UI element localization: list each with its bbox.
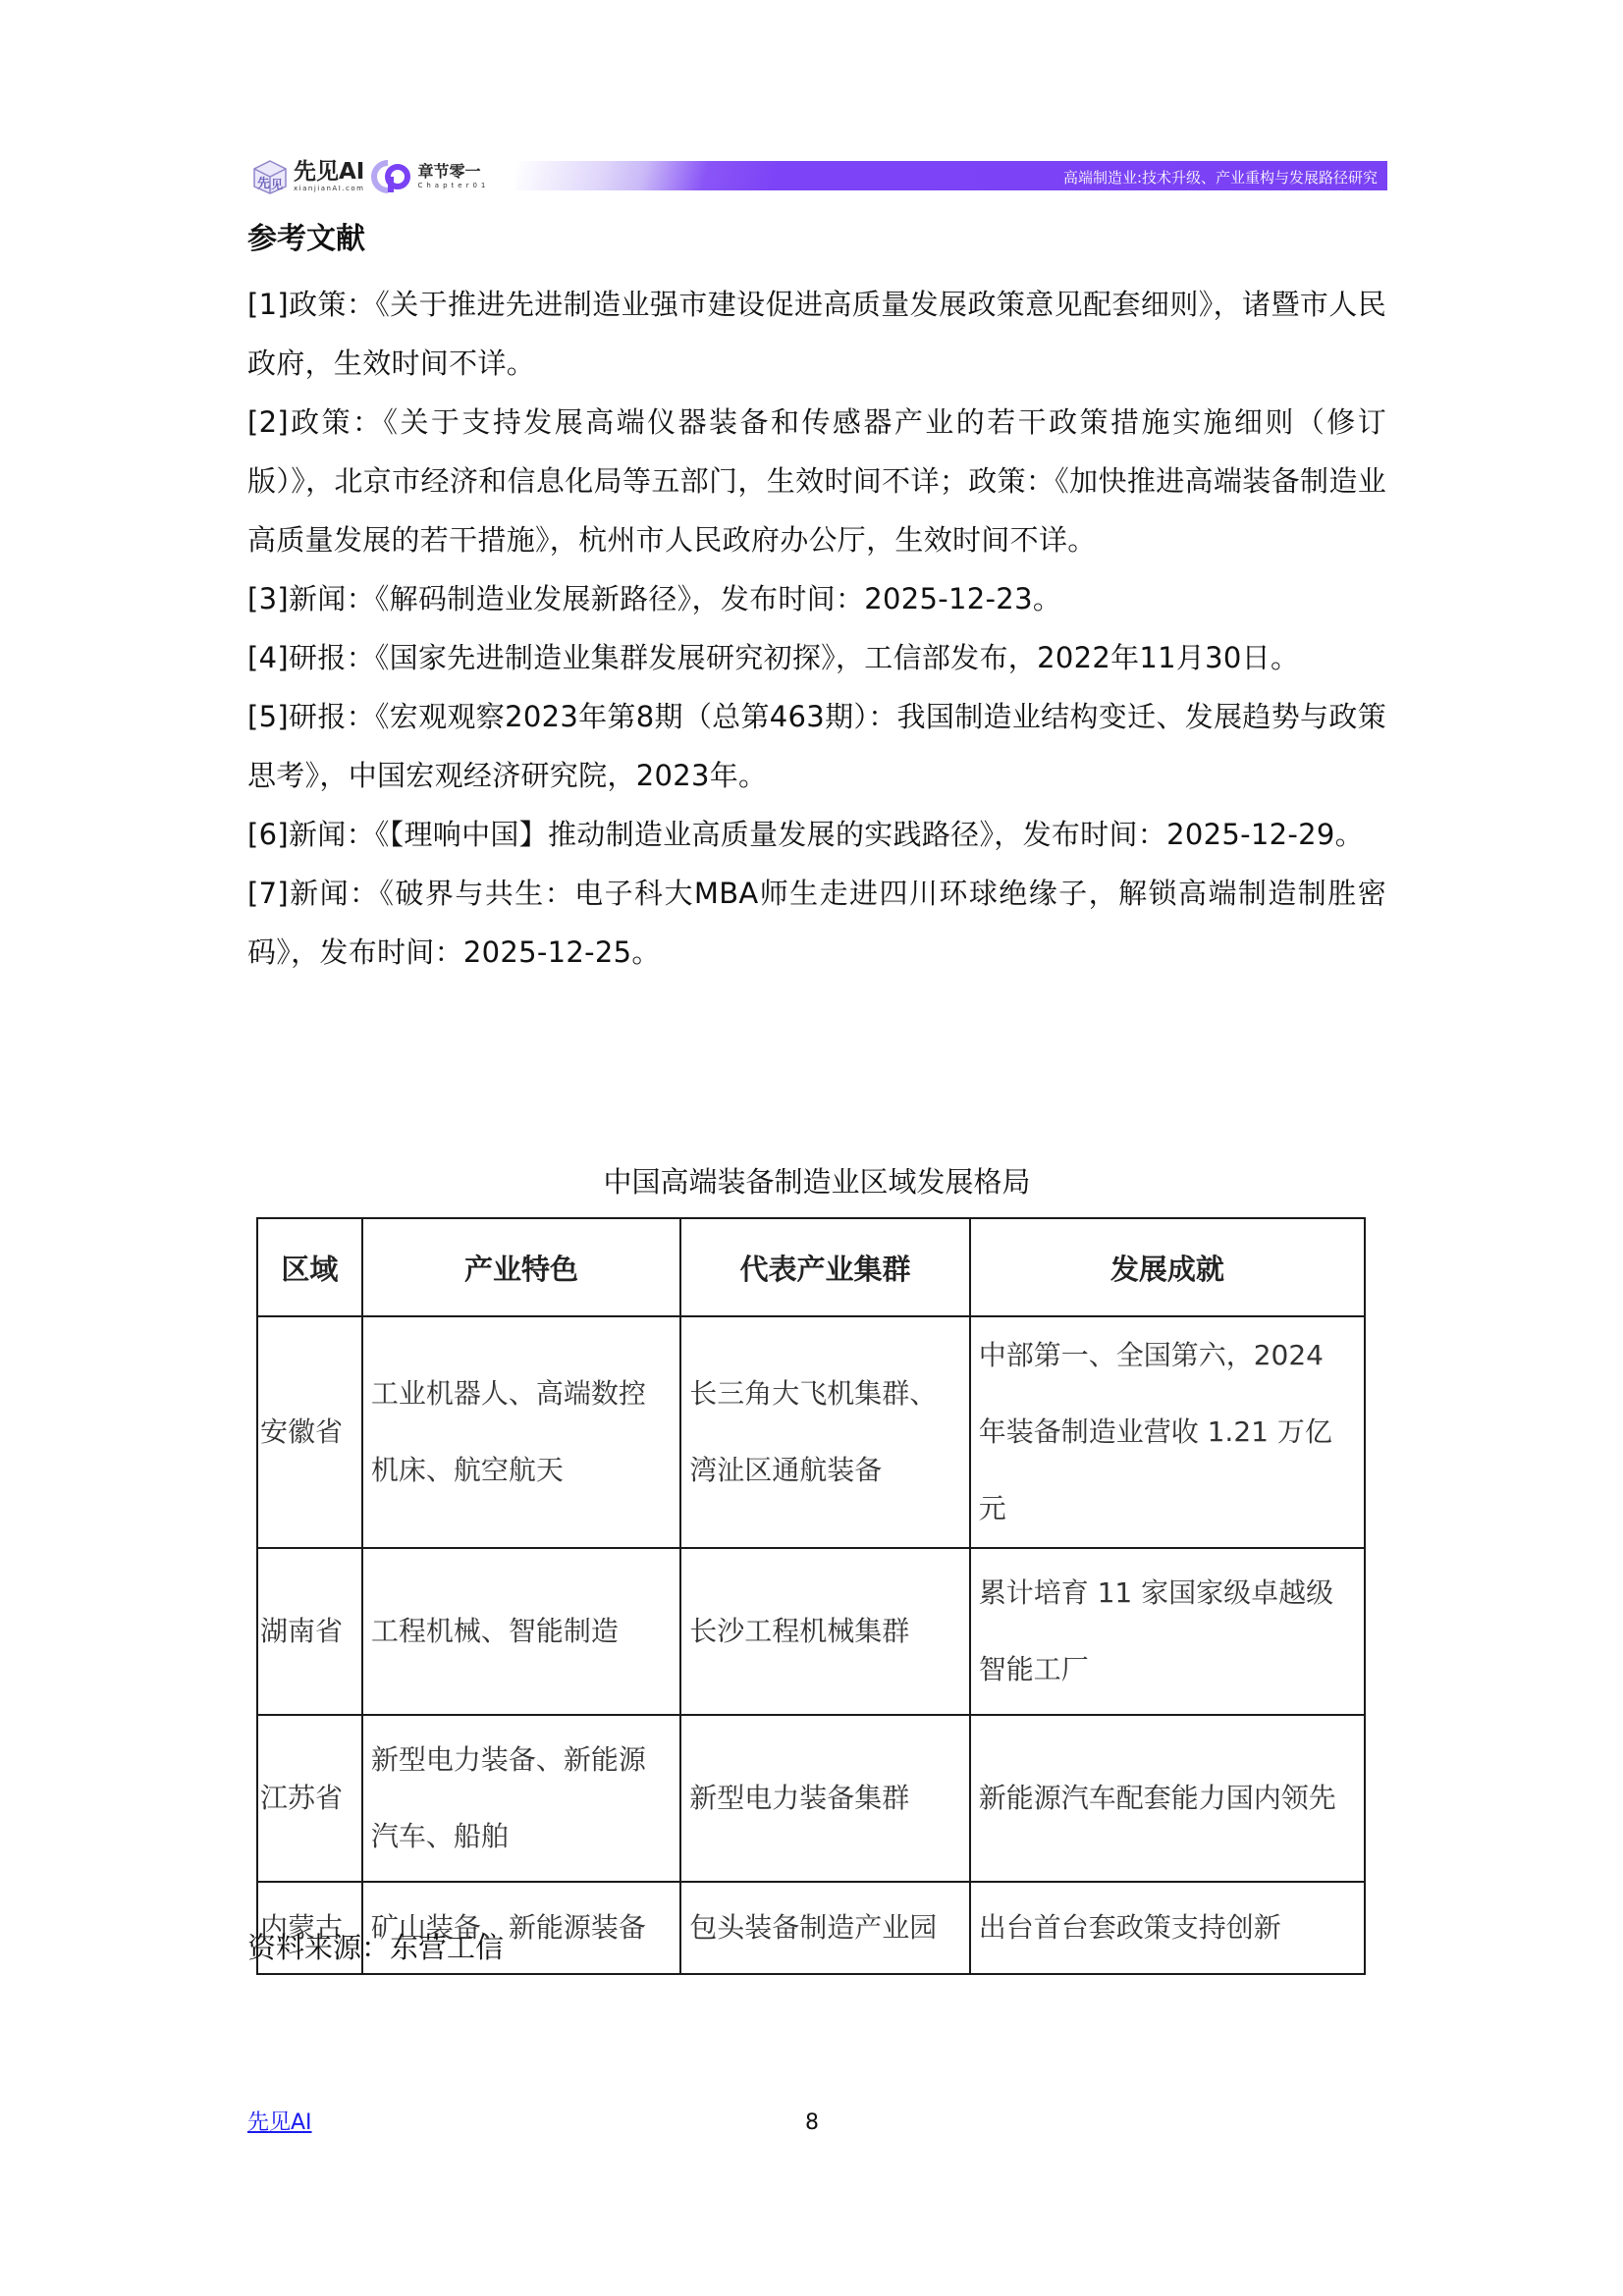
chapter-logo-icon [370,159,413,194]
chapter-block: 章节零一 Chapter01 [417,164,489,189]
svg-text:见: 见 [271,177,283,191]
brand-domain: xianjianAI.com [294,186,364,192]
page-number: 8 [805,2109,819,2138]
features-cell: 新型电力装备、新能源汽车、船舶 [362,1715,680,1882]
region-cell: 湖南省 [257,1548,362,1715]
logo: 先 见 先见AI xianjianAI.com 章节零一 Chapter01 [250,157,489,196]
references-section: 参考文献 [1]政策：《关于推进先进制造业强市建设促进高质量发展政策意见配套细则… [247,218,1386,982]
features-cell: 工业机器人、高端数控机床、航空航天 [362,1316,680,1548]
region-table: 区域 产业特色 代表产业集群 发展成就 安徽省 工业机器人、高端数控机床、航空航… [256,1217,1366,1975]
chapter-title: 章节零一 [417,164,489,180]
clusters-cell: 包头装备制造产业园 [680,1882,969,1974]
achievements-cell: 中部第一、全国第六，2024 年装备制造业营收 1.21 万亿元 [970,1316,1365,1548]
reference-item: [1]政策：《关于推进先进制造业强市建设促进高质量发展政策意见配套细则》，诸暨市… [247,275,1386,393]
region-cell: 江苏省 [257,1715,362,1882]
achievements-cell: 新能源汽车配套能力国内领先 [970,1715,1365,1882]
clusters-cell: 新型电力装备集群 [680,1715,969,1882]
page-header: 先 见 先见AI xianjianAI.com 章节零一 Chapter01 高… [250,157,1387,196]
footer-brand-link[interactable]: 先见AI [247,2109,312,2138]
table-title: 中国高端装备制造业区域发展格局 [247,1158,1386,1205]
document-title: 高端制造业:技术升级、产业重构与发展路径研究 [1063,167,1378,187]
reference-item: [3]新闻：《解码制造业发展新路径》，发布时间：2025-12-23。 [247,569,1386,628]
cube-logo-icon: 先 见 [250,159,290,194]
table-row: 江苏省 新型电力装备、新能源汽车、船舶 新型电力装备集群 新能源汽车配套能力国内… [257,1715,1365,1882]
column-header: 区域 [257,1218,362,1316]
table-row: 湖南省 工程机械、智能制造 长沙工程机械集群 累计培育 11 家国家级卓越级智能… [257,1548,1365,1715]
achievements-cell: 出台首台套政策支持创新 [970,1882,1365,1974]
table-row: 安徽省 工业机器人、高端数控机床、航空航天 长三角大飞机集群、湾沚区通航装备 中… [257,1316,1365,1548]
brand-block: 先见AI xianjianAI.com [294,161,364,192]
reference-item: [2]政策：《关于支持发展高端仪器装备和传感器产业的若干政策措施实施细则（修订版… [247,393,1386,569]
reference-item: [6]新闻：《【理响中国】推动制造业高质量发展的实践路径》，发布时间：2025-… [247,805,1386,864]
column-header: 产业特色 [362,1218,680,1316]
table-header-row: 区域 产业特色 代表产业集群 发展成就 [257,1218,1365,1316]
features-cell: 工程机械、智能制造 [362,1548,680,1715]
table-source: 资料来源：东营工信 [247,1924,504,1971]
column-header: 代表产业集群 [680,1218,969,1316]
reference-item: [4]研报：《国家先进制造业集群发展研究初探》，工信部发布，2022年11月30… [247,628,1386,687]
svg-text:先: 先 [257,176,270,191]
region-cell: 安徽省 [257,1316,362,1548]
brand-name: 先见AI [294,161,364,184]
reference-item: [5]研报：《宏观观察2023年第8期（总第463期）：我国制造业结构变迁、发展… [247,687,1386,805]
reference-item: [7]新闻：《破界与共生：电子科大MBA师生走进四川环球绝缘子，解锁高端制造制胜… [247,864,1386,982]
column-header: 发展成就 [970,1218,1365,1316]
achievements-cell: 累计培育 11 家国家级卓越级智能工厂 [970,1548,1365,1715]
chapter-subtitle: Chapter01 [417,183,489,189]
clusters-cell: 长沙工程机械集群 [680,1548,969,1715]
header-banner: 高端制造业:技术升级、产业重构与发展路径研究 [515,161,1387,190]
clusters-cell: 长三角大飞机集群、湾沚区通航装备 [680,1316,969,1548]
section-title: 参考文献 [247,218,1386,261]
